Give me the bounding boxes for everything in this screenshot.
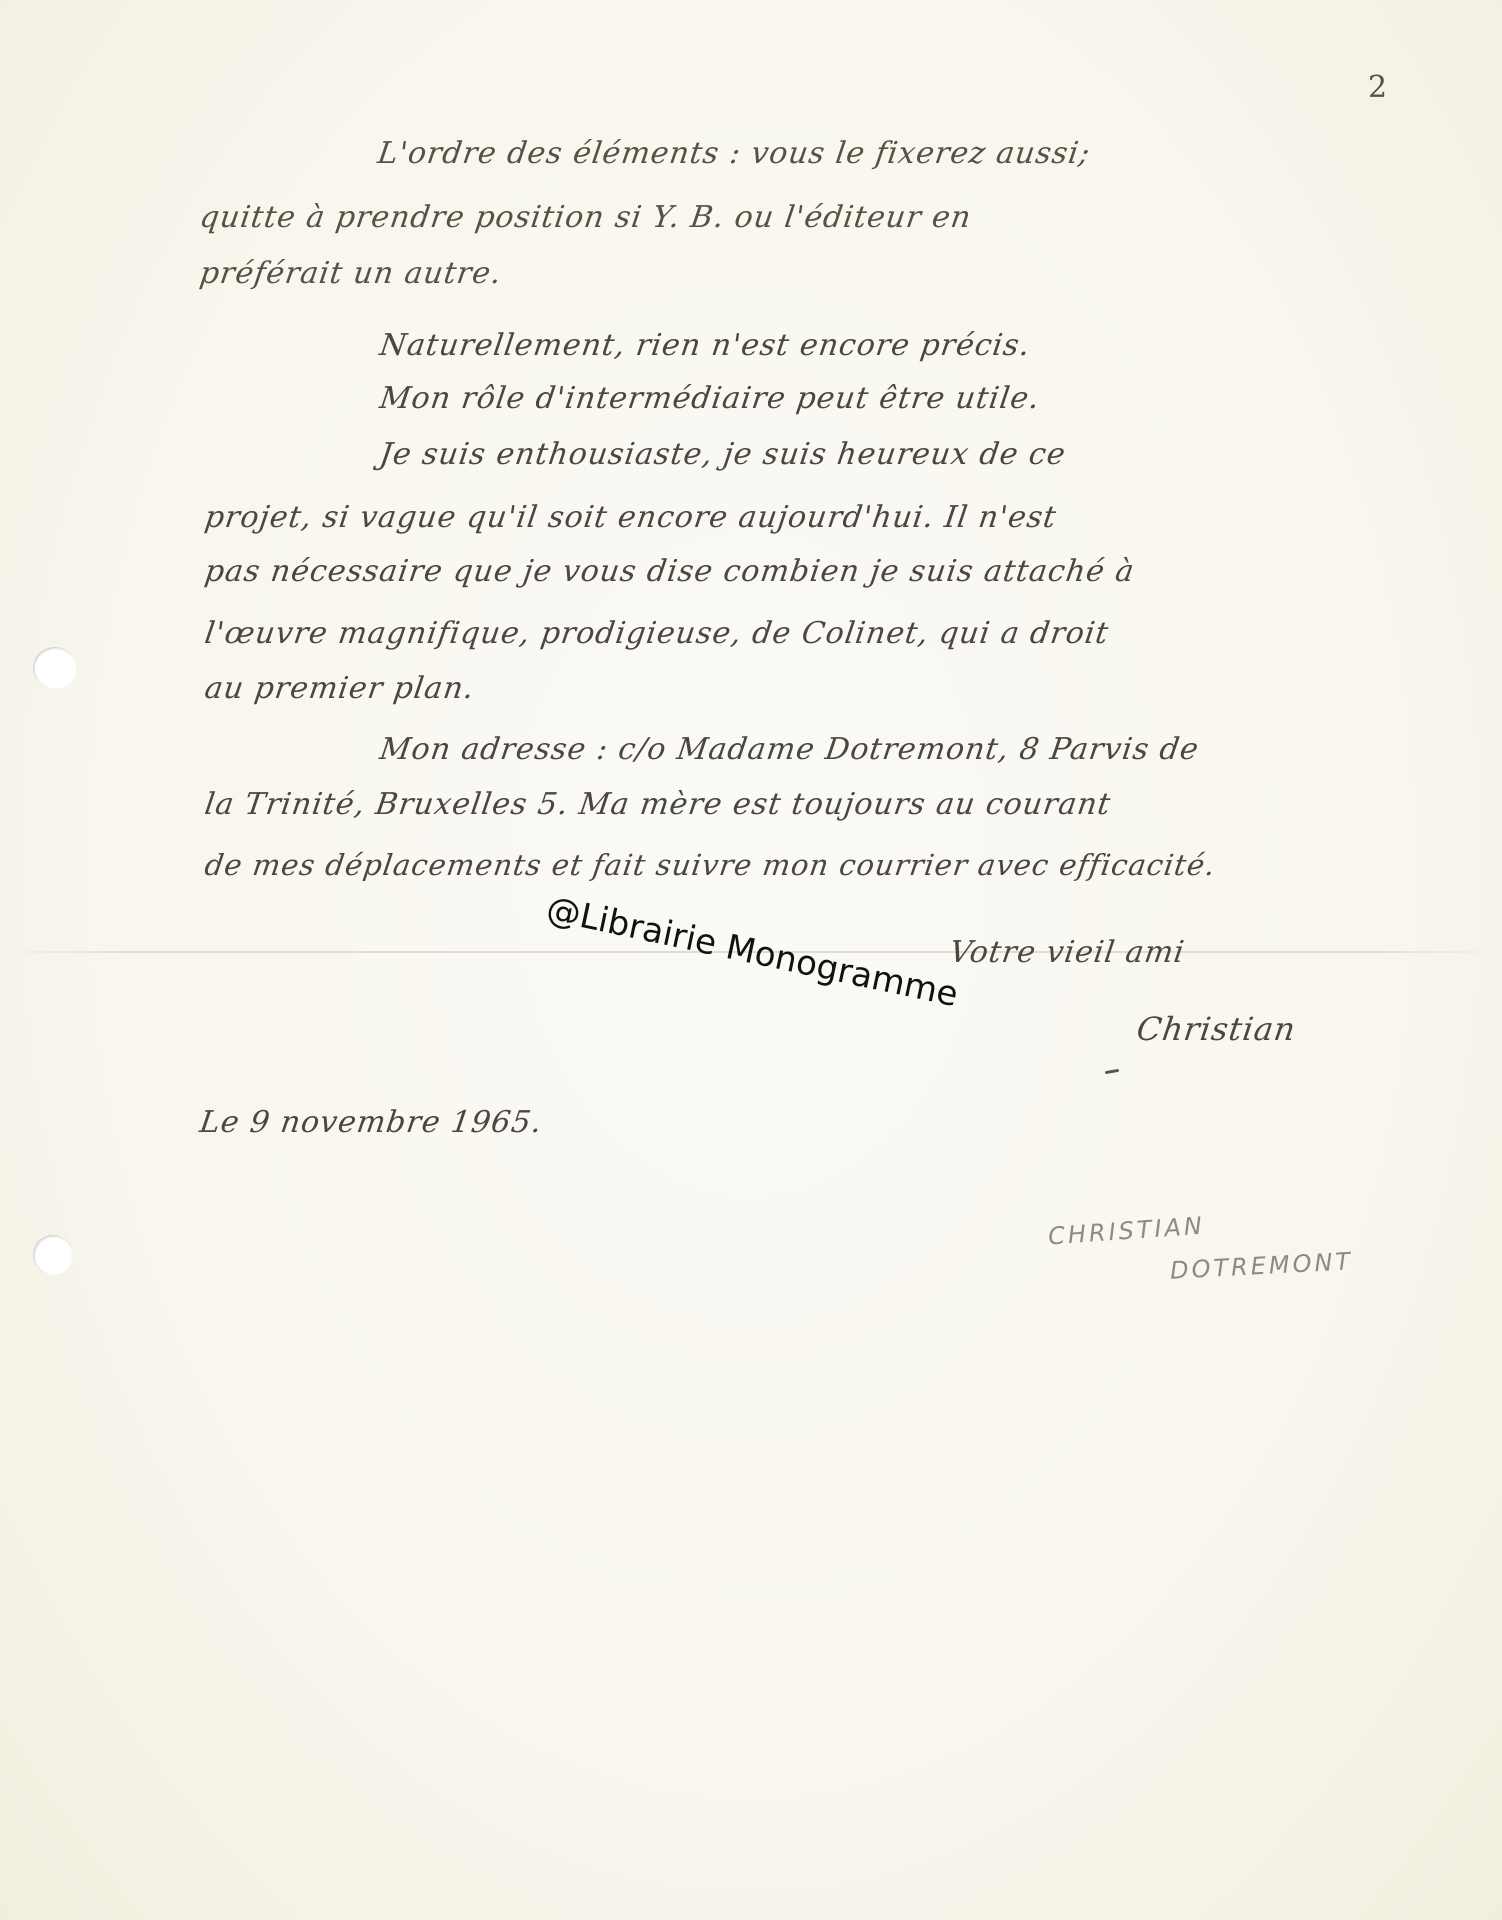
letter-line: quitte à prendre position si Y. B. ou l'…: [198, 200, 974, 235]
letter-line: L'ordre des éléments : vous le fixerez a…: [376, 136, 1093, 171]
signature: Christian: [1134, 1010, 1298, 1048]
page-number: 2: [1368, 70, 1387, 105]
letter-line: Naturellement, rien n'est encore précis.: [378, 328, 1033, 363]
punch-hole-top: [33, 647, 77, 689]
letter-line: projet, si vague qu'il soit encore aujou…: [203, 500, 1059, 535]
ink-mark: [1105, 1069, 1119, 1074]
letter-line: au premier plan.: [203, 671, 477, 706]
letter-line: la Trinité, Bruxelles 5. Ma mère est tou…: [203, 787, 1114, 822]
punch-hole-bottom: [33, 1235, 73, 1275]
letter-line: Mon adresse : c/o Madame Dotremont, 8 Pa…: [378, 732, 1202, 767]
letter-line: pas nécessaire que je vous dise combien …: [203, 554, 1137, 589]
letter-line: l'œuvre magnifique, prodigieuse, de Coli…: [203, 616, 1112, 651]
pencil-annotation-line2: DOTREMONT: [1169, 1247, 1353, 1285]
letter-line: Je suis enthousiaste, je suis heureux de…: [378, 437, 1069, 472]
closing: Votre vieil ami: [948, 935, 1188, 970]
letter-page: 2 L'ordre des éléments : vous le fixerez…: [0, 0, 1502, 1920]
letter-date: Le 9 novembre 1965.: [198, 1105, 545, 1140]
letter-line: préférait un autre.: [198, 256, 505, 291]
letter-line: Mon rôle d'intermédiaire peut être utile…: [378, 381, 1043, 416]
letter-line: de mes déplacements et fait suivre mon c…: [203, 848, 1218, 882]
pencil-annotation-line1: CHRISTIAN: [1047, 1212, 1205, 1251]
